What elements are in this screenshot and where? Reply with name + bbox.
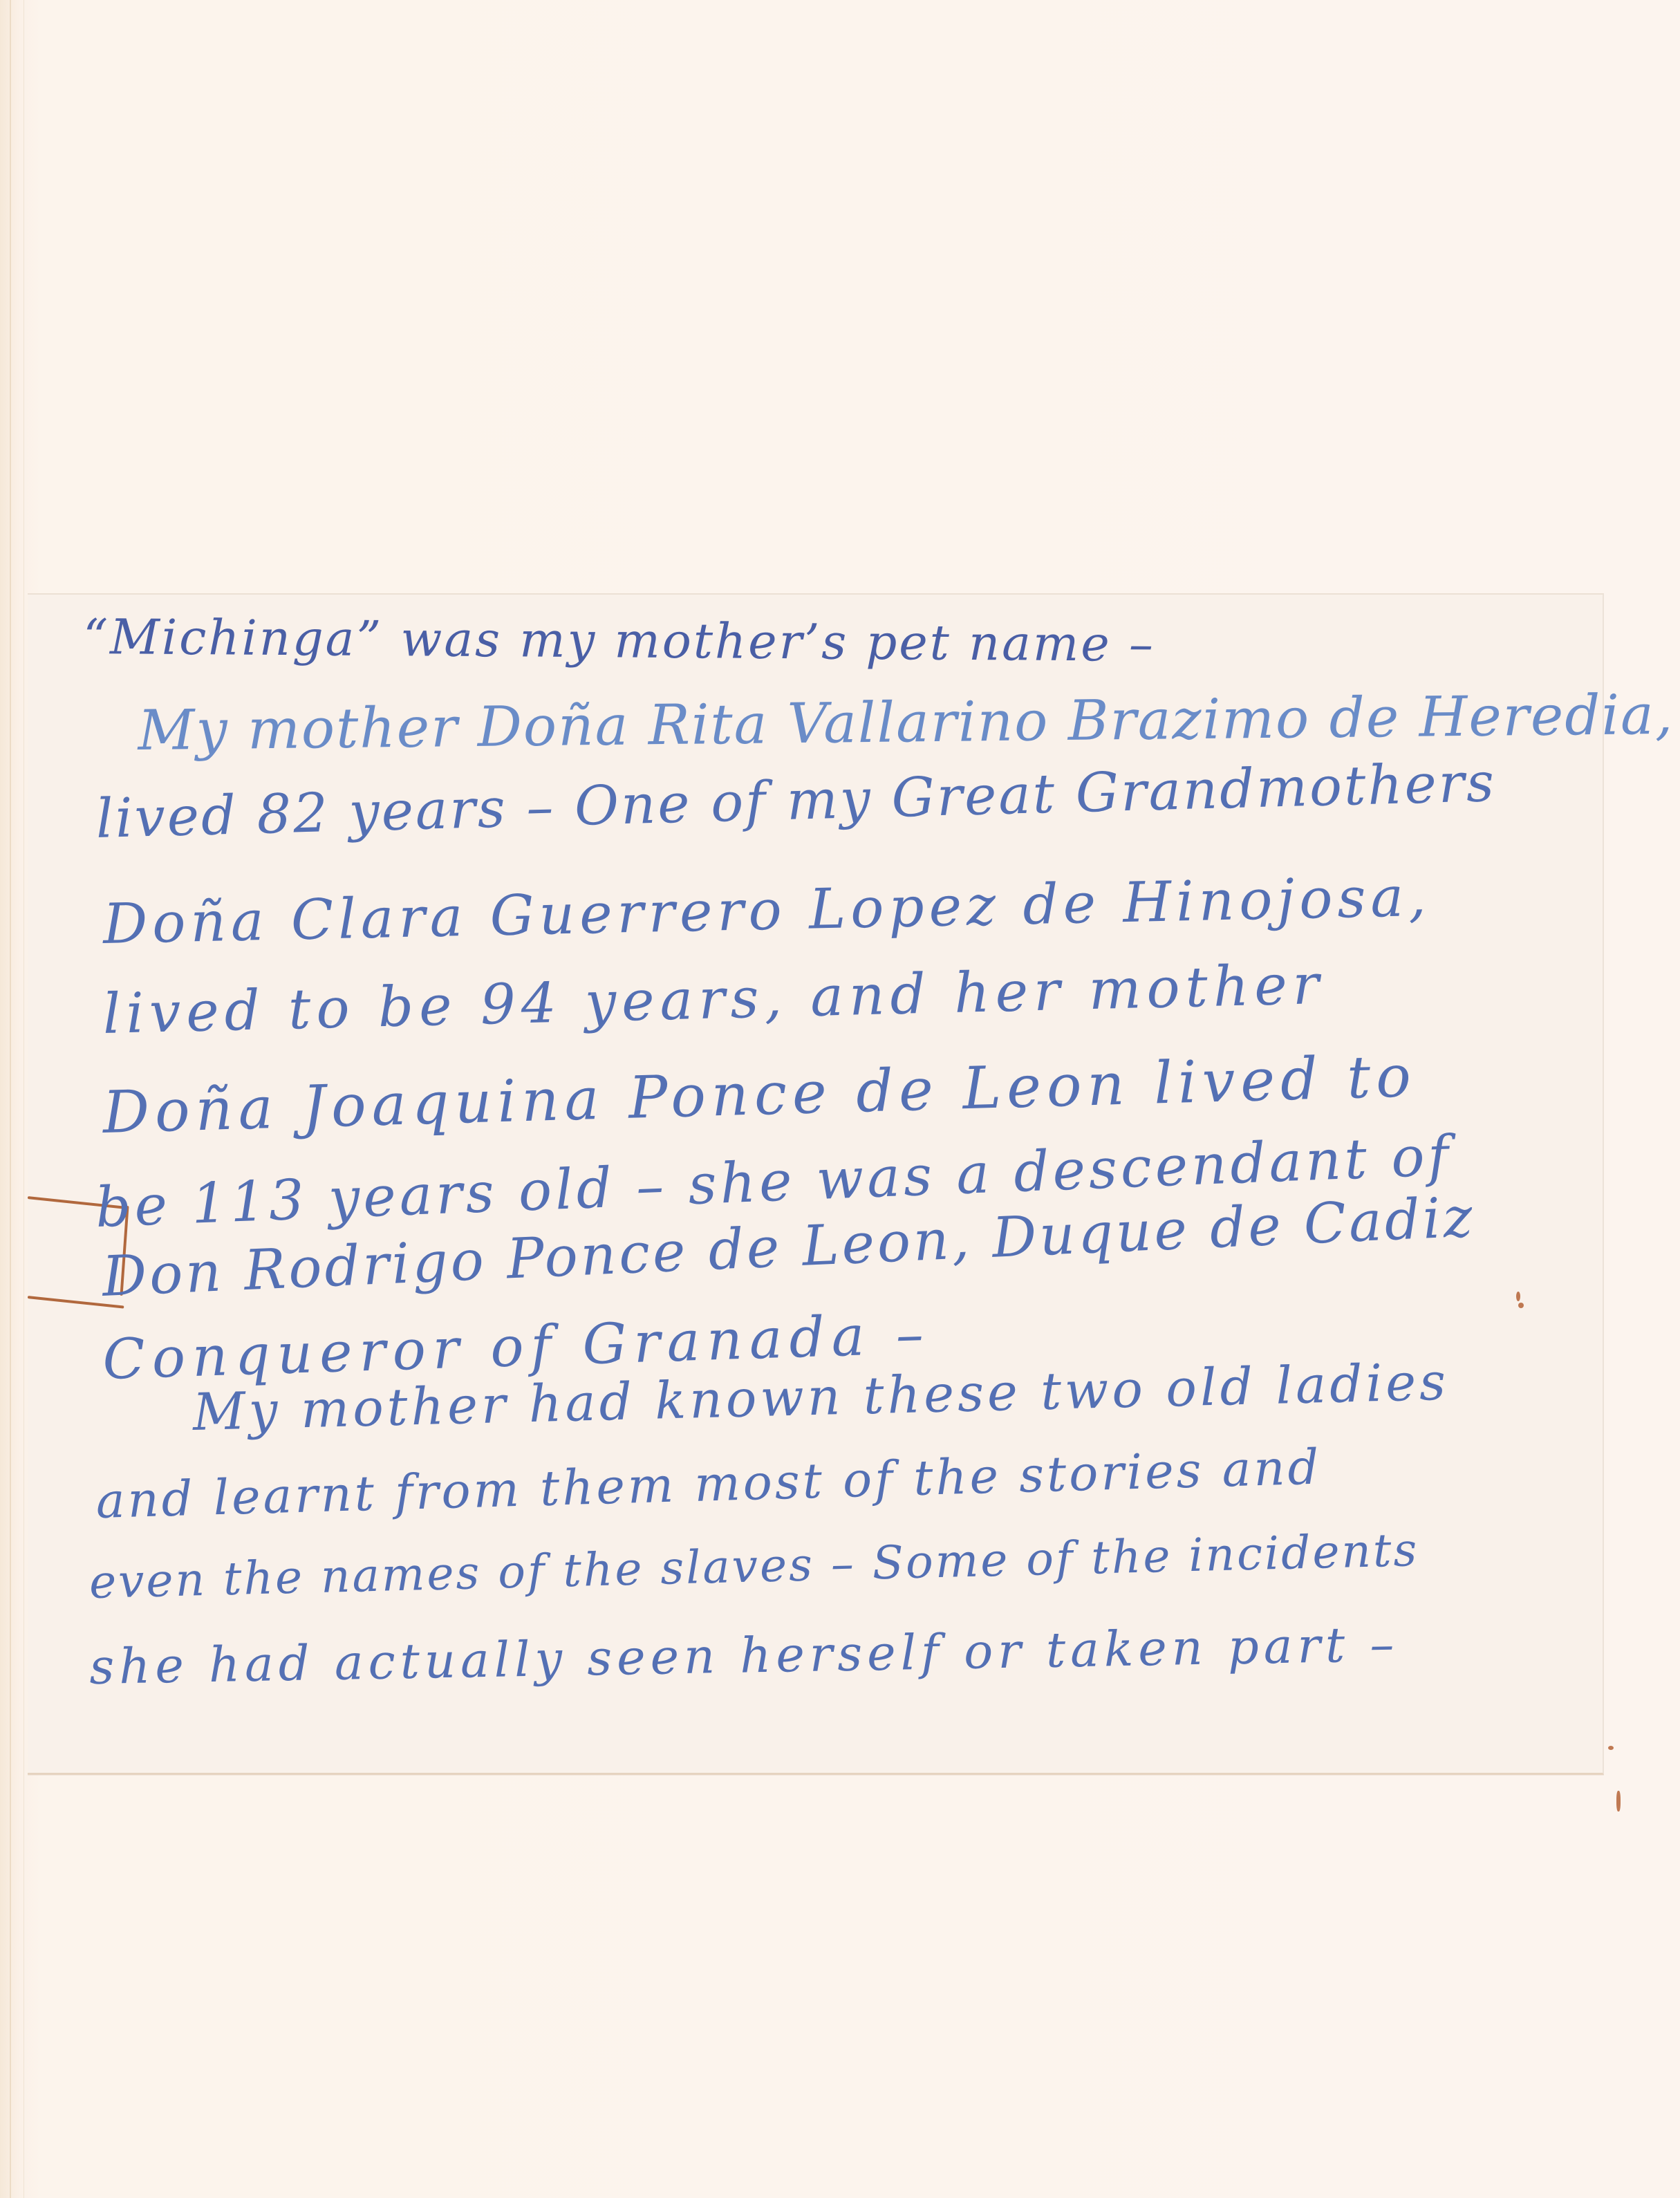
note-line-6: Doña Joaquina Ponce de Leon lived to [102, 1042, 1417, 1146]
note-line-4: Doña Clara Guerrero Lopez de Hinojosa, [102, 864, 1431, 956]
note-line-2: My mother Doña Rita Vallarino Brazimo de… [138, 682, 1674, 763]
note-line-11: and learnt from them most of the stories… [95, 1439, 1323, 1529]
note-line-5: lived to be 94 years, and her mother [102, 952, 1325, 1046]
note-line-12: even the names of the slaves – Some of t… [88, 1523, 1419, 1609]
handwritten-text: “Michinga” was my mother’s pet name – My… [0, 0, 1680, 2198]
note-line-3: lived 82 years – One of my Great Grandmo… [95, 752, 1497, 850]
note-line-1: “Michinga” was my mother’s pet name – [83, 608, 1155, 673]
note-line-13: she had actually seen herself or taken p… [89, 1616, 1399, 1695]
